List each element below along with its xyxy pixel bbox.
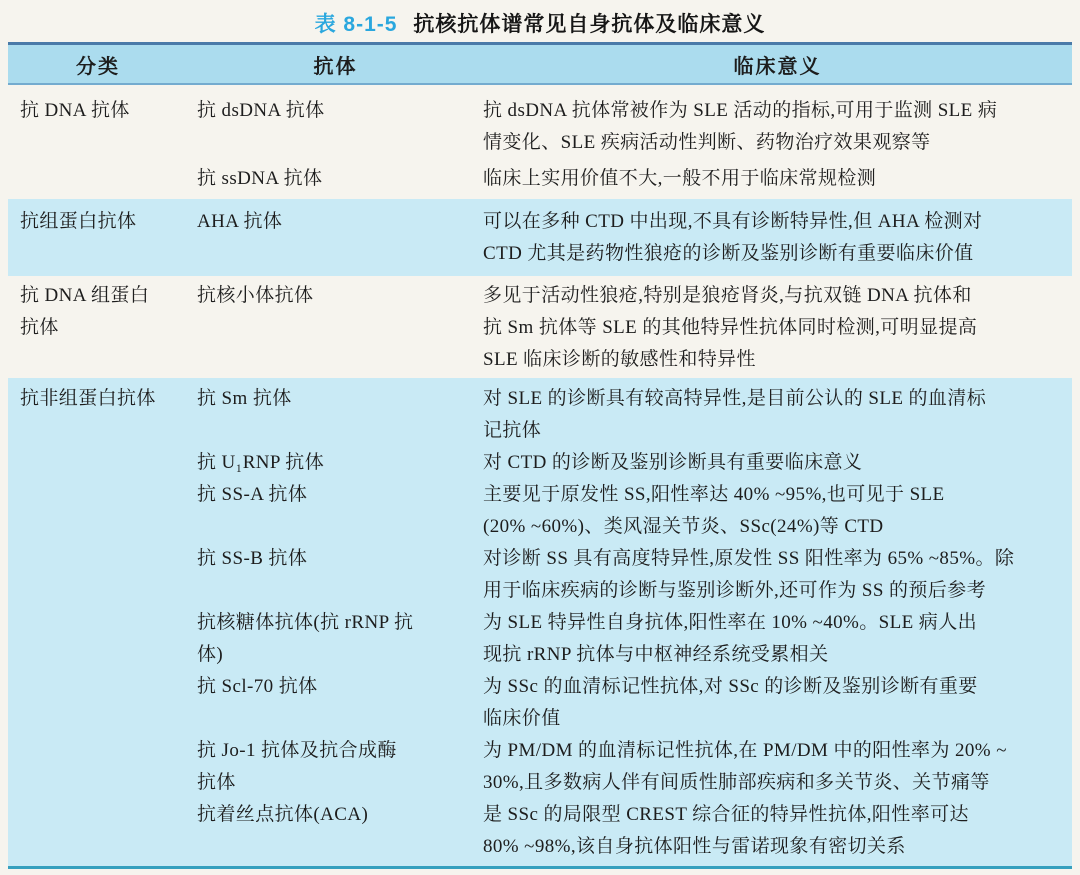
category-cell — [8, 671, 188, 735]
category-cell — [8, 799, 188, 863]
significance-cell: 可以在多种 CTD 中出现,不具有诊断特异性,但 AHA 检测对 CTD 尤其是… — [483, 206, 1072, 270]
category-cell — [8, 163, 188, 195]
antibody-cell: 抗 Sm 抗体 — [188, 383, 483, 447]
category-cell — [8, 543, 188, 607]
category-cell — [8, 607, 188, 671]
significance-cell: 多见于活动性狼疮,特别是狼疮肾炎,与抗双链 DNA 抗体和 抗 Sm 抗体等 S… — [483, 280, 1072, 376]
table-row: 抗 SS-A 抗体 主要见于原发性 SS,阳性率达 40% ~95%,也可见于 … — [8, 479, 1072, 543]
row-group-nonhistone-antibody: 抗非组蛋白抗体 抗 Sm 抗体 对 SLE 的诊断具有较高特异性,是目前公认的 … — [8, 378, 1072, 866]
category-cell — [8, 735, 188, 799]
antibody-cell: 抗 Jo-1 抗体及抗合成酶 抗体 — [188, 735, 483, 799]
table-title: 抗核抗体谱常见自身抗体及临床意义 — [413, 13, 765, 36]
antibody-cell: AHA 抗体 — [188, 206, 483, 270]
table-row: 抗 DNA 组蛋白 抗体 抗核小体抗体 多见于活动性狼疮,特别是狼疮肾炎,与抗双… — [8, 280, 1072, 376]
category-cell: 抗组蛋白抗体 — [8, 206, 188, 270]
antibody-cell: 抗 SS-A 抗体 — [188, 479, 483, 543]
antibody-cell: 抗 U₁RNP 抗体 — [188, 447, 483, 479]
row-group-histone-antibody: 抗组蛋白抗体 AHA 抗体 可以在多种 CTD 中出现,不具有诊断特异性,但 A… — [8, 199, 1072, 276]
row-group-dna-antibody: 抗 DNA 抗体 抗 dsDNA 抗体 抗 dsDNA 抗体常被作为 SLE 活… — [8, 85, 1072, 199]
significance-cell: 为 PM/DM 的血清标记性抗体,在 PM/DM 中的阳性率为 20% ~ 30… — [483, 735, 1072, 799]
antibody-cell: 抗 Scl-70 抗体 — [188, 671, 483, 735]
table-row: 抗非组蛋白抗体 抗 Sm 抗体 对 SLE 的诊断具有较高特异性,是目前公认的 … — [8, 383, 1072, 447]
antibody-cell: 抗核小体抗体 — [188, 280, 483, 376]
scanned-book-page: 表 8-1-5抗核抗体谱常见自身抗体及临床意义 分类 抗体 临床意义 抗 DNA… — [0, 0, 1080, 875]
header-significance: 临床意义 — [483, 50, 1072, 79]
category-cell — [8, 447, 188, 479]
significance-cell: 临床上实用价值不大,一般不用于临床常规检测 — [483, 163, 1072, 195]
category-cell: 抗非组蛋白抗体 — [8, 383, 188, 447]
antibody-cell: 抗 ssDNA 抗体 — [188, 163, 483, 195]
significance-cell: 抗 dsDNA 抗体常被作为 SLE 活动的指标,可用于监测 SLE 病 情变化… — [483, 95, 1072, 159]
table-header-row: 分类 抗体 临床意义 — [8, 42, 1072, 85]
antibody-cell: 抗 SS-B 抗体 — [188, 543, 483, 607]
significance-cell: 对诊断 SS 具有高度特异性,原发性 SS 阳性率为 65% ~85%。除 用于… — [483, 543, 1072, 607]
table-row: 抗 ssDNA 抗体 临床上实用价值不大,一般不用于临床常规检测 — [8, 163, 1072, 195]
significance-cell: 为 SLE 特异性自身抗体,阳性率在 10% ~40%。SLE 病人出 现抗 r… — [483, 607, 1072, 671]
table-row: 抗 Jo-1 抗体及抗合成酶 抗体 为 PM/DM 的血清标记性抗体,在 PM/… — [8, 735, 1072, 799]
category-cell: 抗 DNA 组蛋白 抗体 — [8, 280, 188, 376]
table-row: 抗 Scl-70 抗体 为 SSc 的血清标记性抗体,对 SSc 的诊断及鉴别诊… — [8, 671, 1072, 735]
table-row: 抗 U₁RNP 抗体 对 CTD 的诊断及鉴别诊断具有重要临床意义 — [8, 447, 1072, 479]
antibody-cell: 抗 dsDNA 抗体 — [188, 95, 483, 159]
antibody-cell: 抗着丝点抗体(ACA) — [188, 799, 483, 863]
table-caption: 表 8-1-5抗核抗体谱常见自身抗体及临床意义 — [0, 0, 1080, 42]
table-number: 表 8-1-5 — [315, 13, 398, 36]
category-cell: 抗 DNA 抗体 — [8, 95, 188, 159]
table-row: 抗核糖体抗体(抗 rRNP 抗 体) 为 SLE 特异性自身抗体,阳性率在 10… — [8, 607, 1072, 671]
table-row: 抗 DNA 抗体 抗 dsDNA 抗体 抗 dsDNA 抗体常被作为 SLE 活… — [8, 95, 1072, 159]
table-row: 抗着丝点抗体(ACA) 是 SSc 的局限型 CREST 综合征的特异性抗体,阳… — [8, 799, 1072, 863]
header-category: 分类 — [8, 50, 188, 79]
significance-cell: 对 SLE 的诊断具有较高特异性,是目前公认的 SLE 的血清标 记抗体 — [483, 383, 1072, 447]
table-row: 抗组蛋白抗体 AHA 抗体 可以在多种 CTD 中出现,不具有诊断特异性,但 A… — [8, 206, 1072, 270]
row-group-dna-histone-antibody: 抗 DNA 组蛋白 抗体 抗核小体抗体 多见于活动性狼疮,特别是狼疮肾炎,与抗双… — [8, 276, 1072, 378]
antibody-cell: 抗核糖体抗体(抗 rRNP 抗 体) — [188, 607, 483, 671]
table-row: 抗 SS-B 抗体 对诊断 SS 具有高度特异性,原发性 SS 阳性率为 65%… — [8, 543, 1072, 607]
significance-cell: 主要见于原发性 SS,阳性率达 40% ~95%,也可见于 SLE (20% ~… — [483, 479, 1072, 543]
category-cell — [8, 479, 188, 543]
header-antibody: 抗体 — [188, 50, 483, 79]
significance-cell: 为 SSc 的血清标记性抗体,对 SSc 的诊断及鉴别诊断有重要 临床价值 — [483, 671, 1072, 735]
significance-cell: 是 SSc 的局限型 CREST 综合征的特异性抗体,阳性率可达 80% ~98… — [483, 799, 1072, 863]
antibody-table: 分类 抗体 临床意义 抗 DNA 抗体 抗 dsDNA 抗体 抗 dsDNA 抗… — [8, 42, 1072, 869]
significance-cell: 对 CTD 的诊断及鉴别诊断具有重要临床意义 — [483, 447, 1072, 479]
